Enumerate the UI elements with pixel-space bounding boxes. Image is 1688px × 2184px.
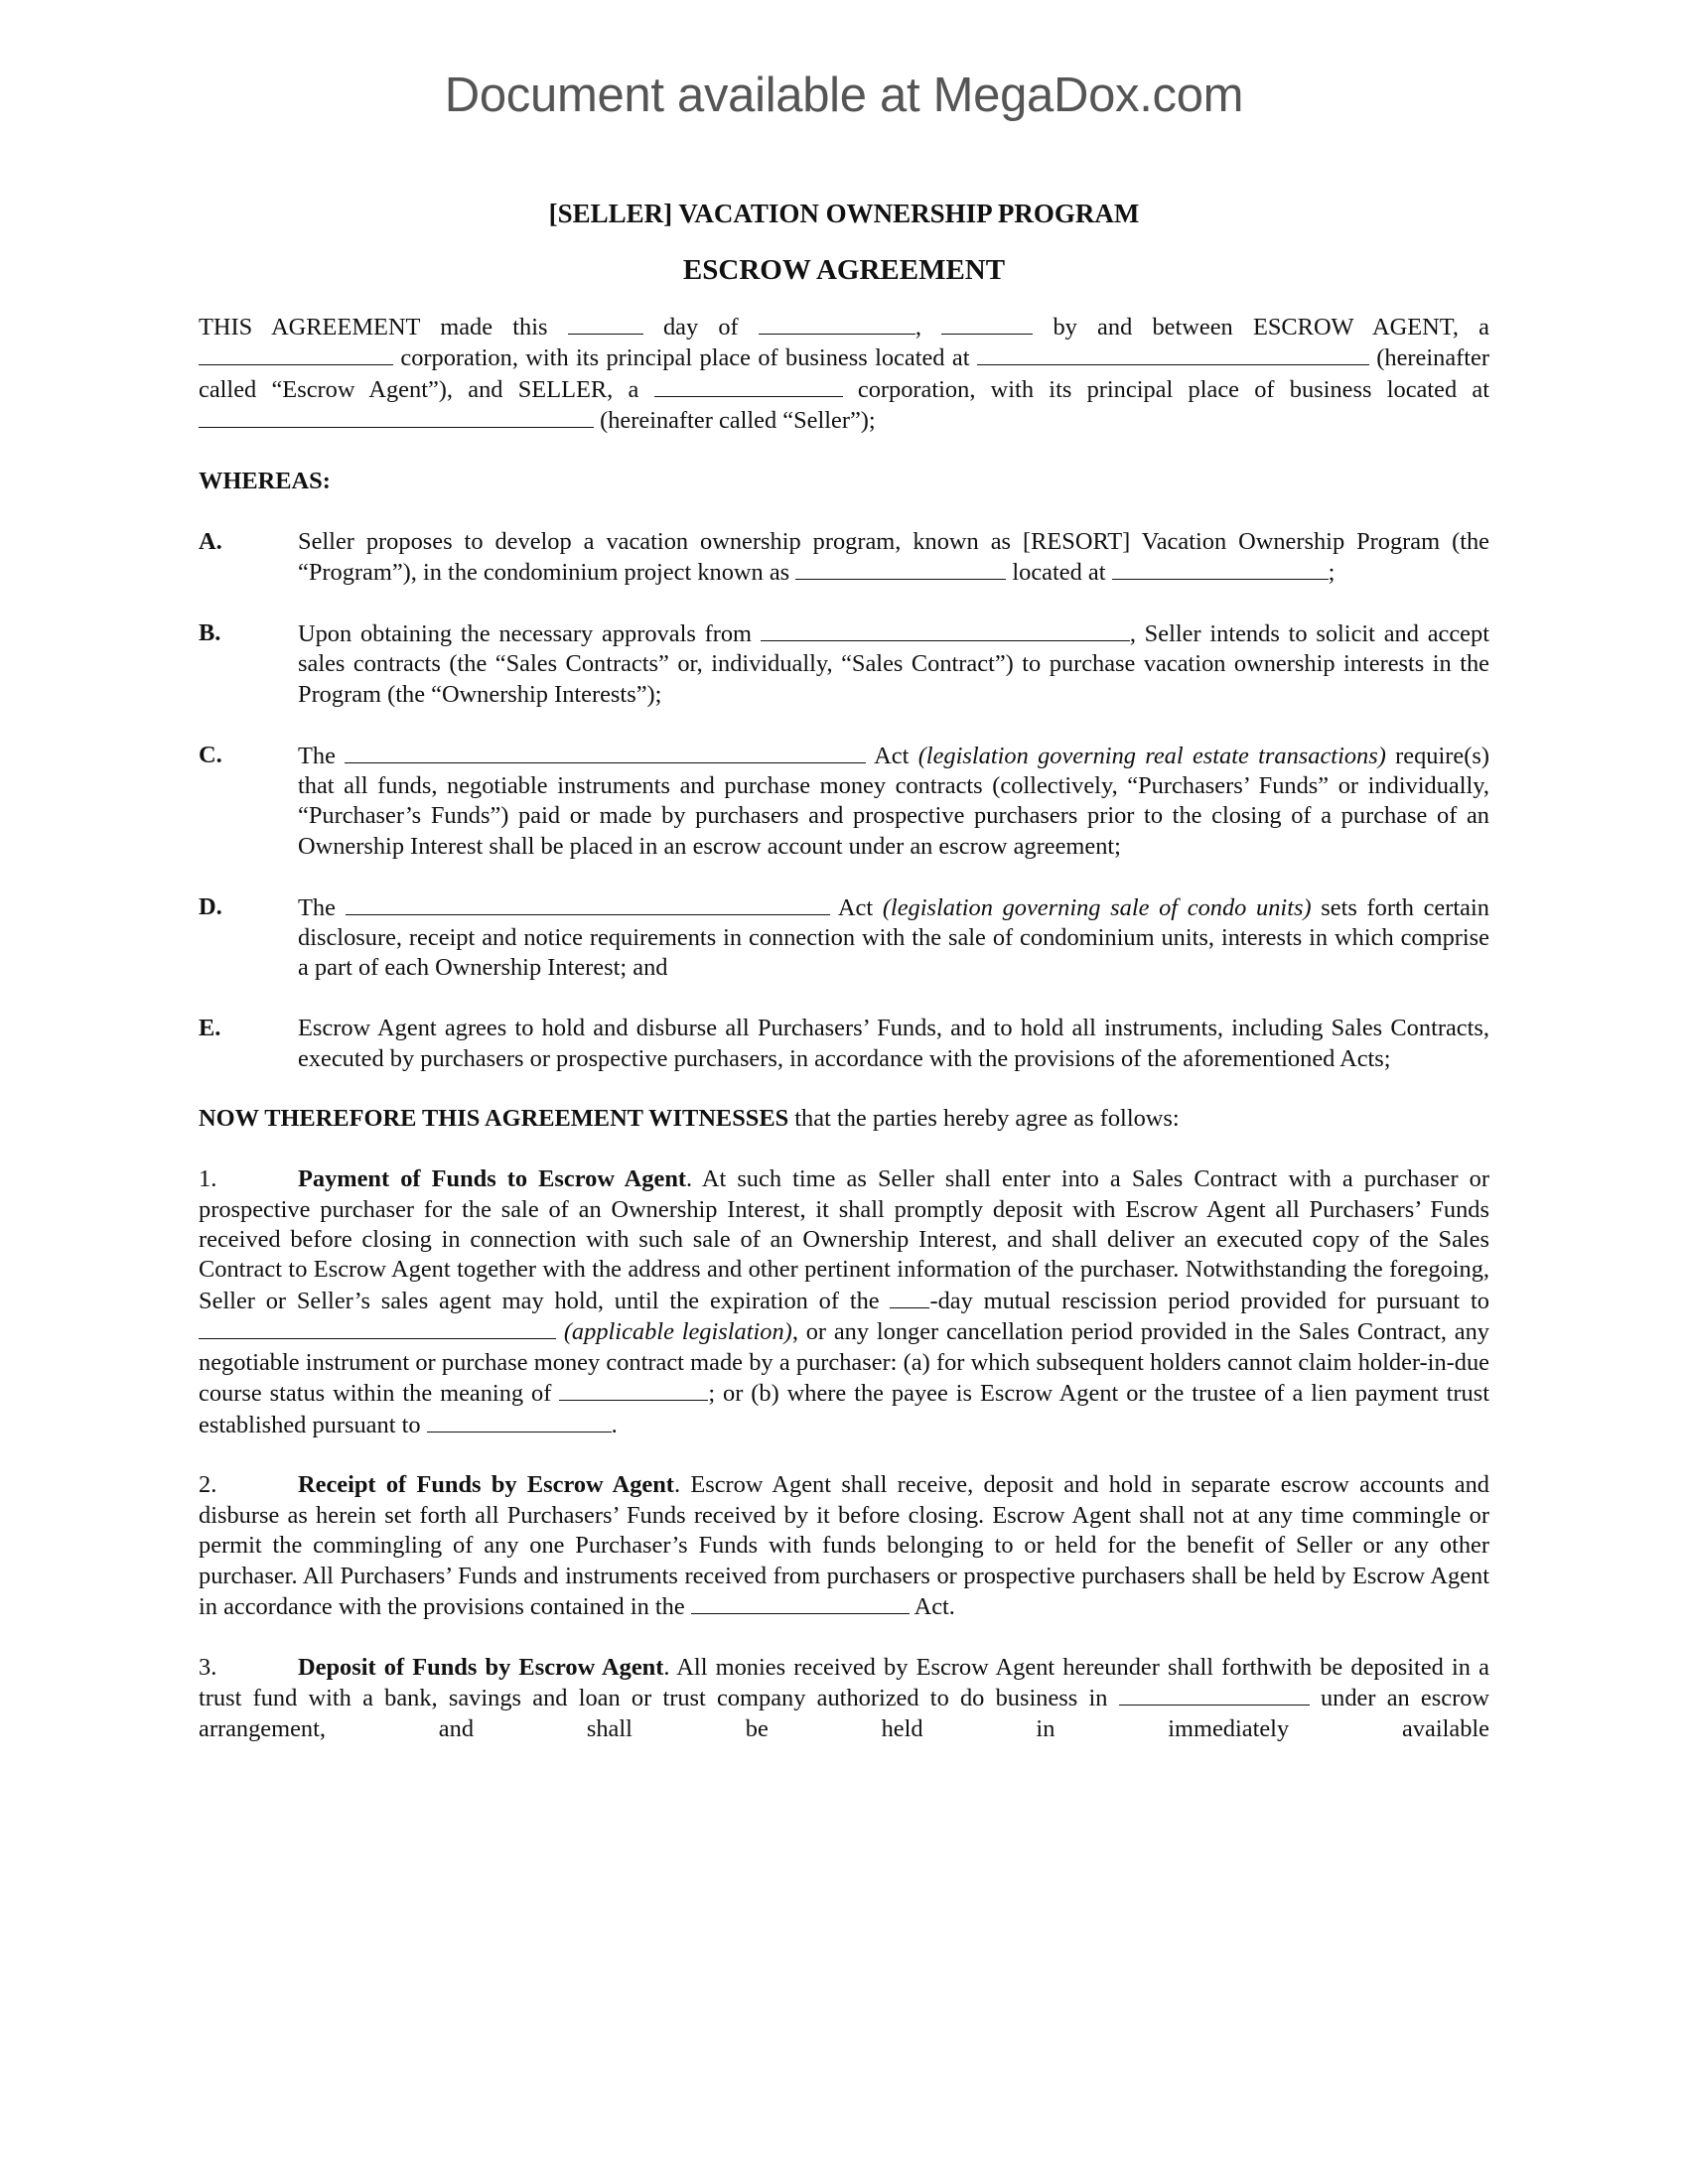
blank-meaning-of[interactable] xyxy=(559,1378,708,1401)
clause-2: 2.Receipt of Funds by Escrow Agent. Escr… xyxy=(199,1470,1489,1622)
blank-real-estate-act[interactable] xyxy=(345,741,866,763)
whereas-heading: WHEREAS: xyxy=(199,467,1489,496)
clause-heading: Receipt of Funds by Escrow Agent xyxy=(298,1471,674,1498)
recital-c: C. The Act (legislation governing real e… xyxy=(199,741,1489,863)
clause-1: 1.Payment of Funds to Escrow Agent. At s… xyxy=(199,1164,1489,1440)
recital-b: B. Upon obtaining the necessary approval… xyxy=(199,618,1489,710)
program-title: [SELLER] VACATION OWNERSHIP PROGRAM xyxy=(0,197,1688,230)
blank-escrow-address[interactable] xyxy=(977,342,1369,365)
watermark-banner: Document available at MegaDox.com xyxy=(0,66,1688,125)
blank-escrow-jurisdiction[interactable] xyxy=(199,342,393,365)
blank-approving-authority[interactable] xyxy=(761,618,1130,641)
blank-seller-address[interactable] xyxy=(199,405,594,428)
recital-d: D. The Act (legislation governing sale o… xyxy=(199,892,1489,984)
blank-condo-act[interactable] xyxy=(346,892,830,915)
blank-lien-trust-law[interactable] xyxy=(427,1410,612,1433)
document-title: ESCROW AGREEMENT xyxy=(0,252,1688,288)
blank-year[interactable] xyxy=(941,312,1033,335)
recital-a: A. Seller proposes to develop a vacation… xyxy=(199,527,1489,589)
blank-day[interactable] xyxy=(568,312,643,335)
blank-rescission-days[interactable] xyxy=(890,1286,929,1308)
blank-applicable-legislation[interactable] xyxy=(199,1316,556,1339)
clause-3: 3.Deposit of Funds by Escrow Agent. All … xyxy=(199,1653,1489,1744)
blank-month[interactable] xyxy=(759,312,915,335)
clause-heading: Deposit of Funds by Escrow Agent xyxy=(298,1654,663,1681)
preamble-paragraph: THIS AGREEMENT made this day of , by and… xyxy=(199,312,1489,437)
clause-heading: Payment of Funds to Escrow Agent xyxy=(298,1165,686,1192)
blank-business-jurisdiction[interactable] xyxy=(1119,1683,1310,1706)
document-body: THIS AGREEMENT made this day of , by and… xyxy=(199,312,1489,1774)
blank-project-location[interactable] xyxy=(1112,557,1329,580)
blank-seller-jurisdiction[interactable] xyxy=(654,374,843,397)
blank-project-name[interactable] xyxy=(795,557,1006,580)
recital-e: E. Escrow Agent agrees to hold and disbu… xyxy=(199,1014,1489,1074)
witnesses-paragraph: NOW THEREFORE THIS AGREEMENT WITNESSES t… xyxy=(199,1104,1489,1134)
blank-governing-act[interactable] xyxy=(691,1591,910,1614)
